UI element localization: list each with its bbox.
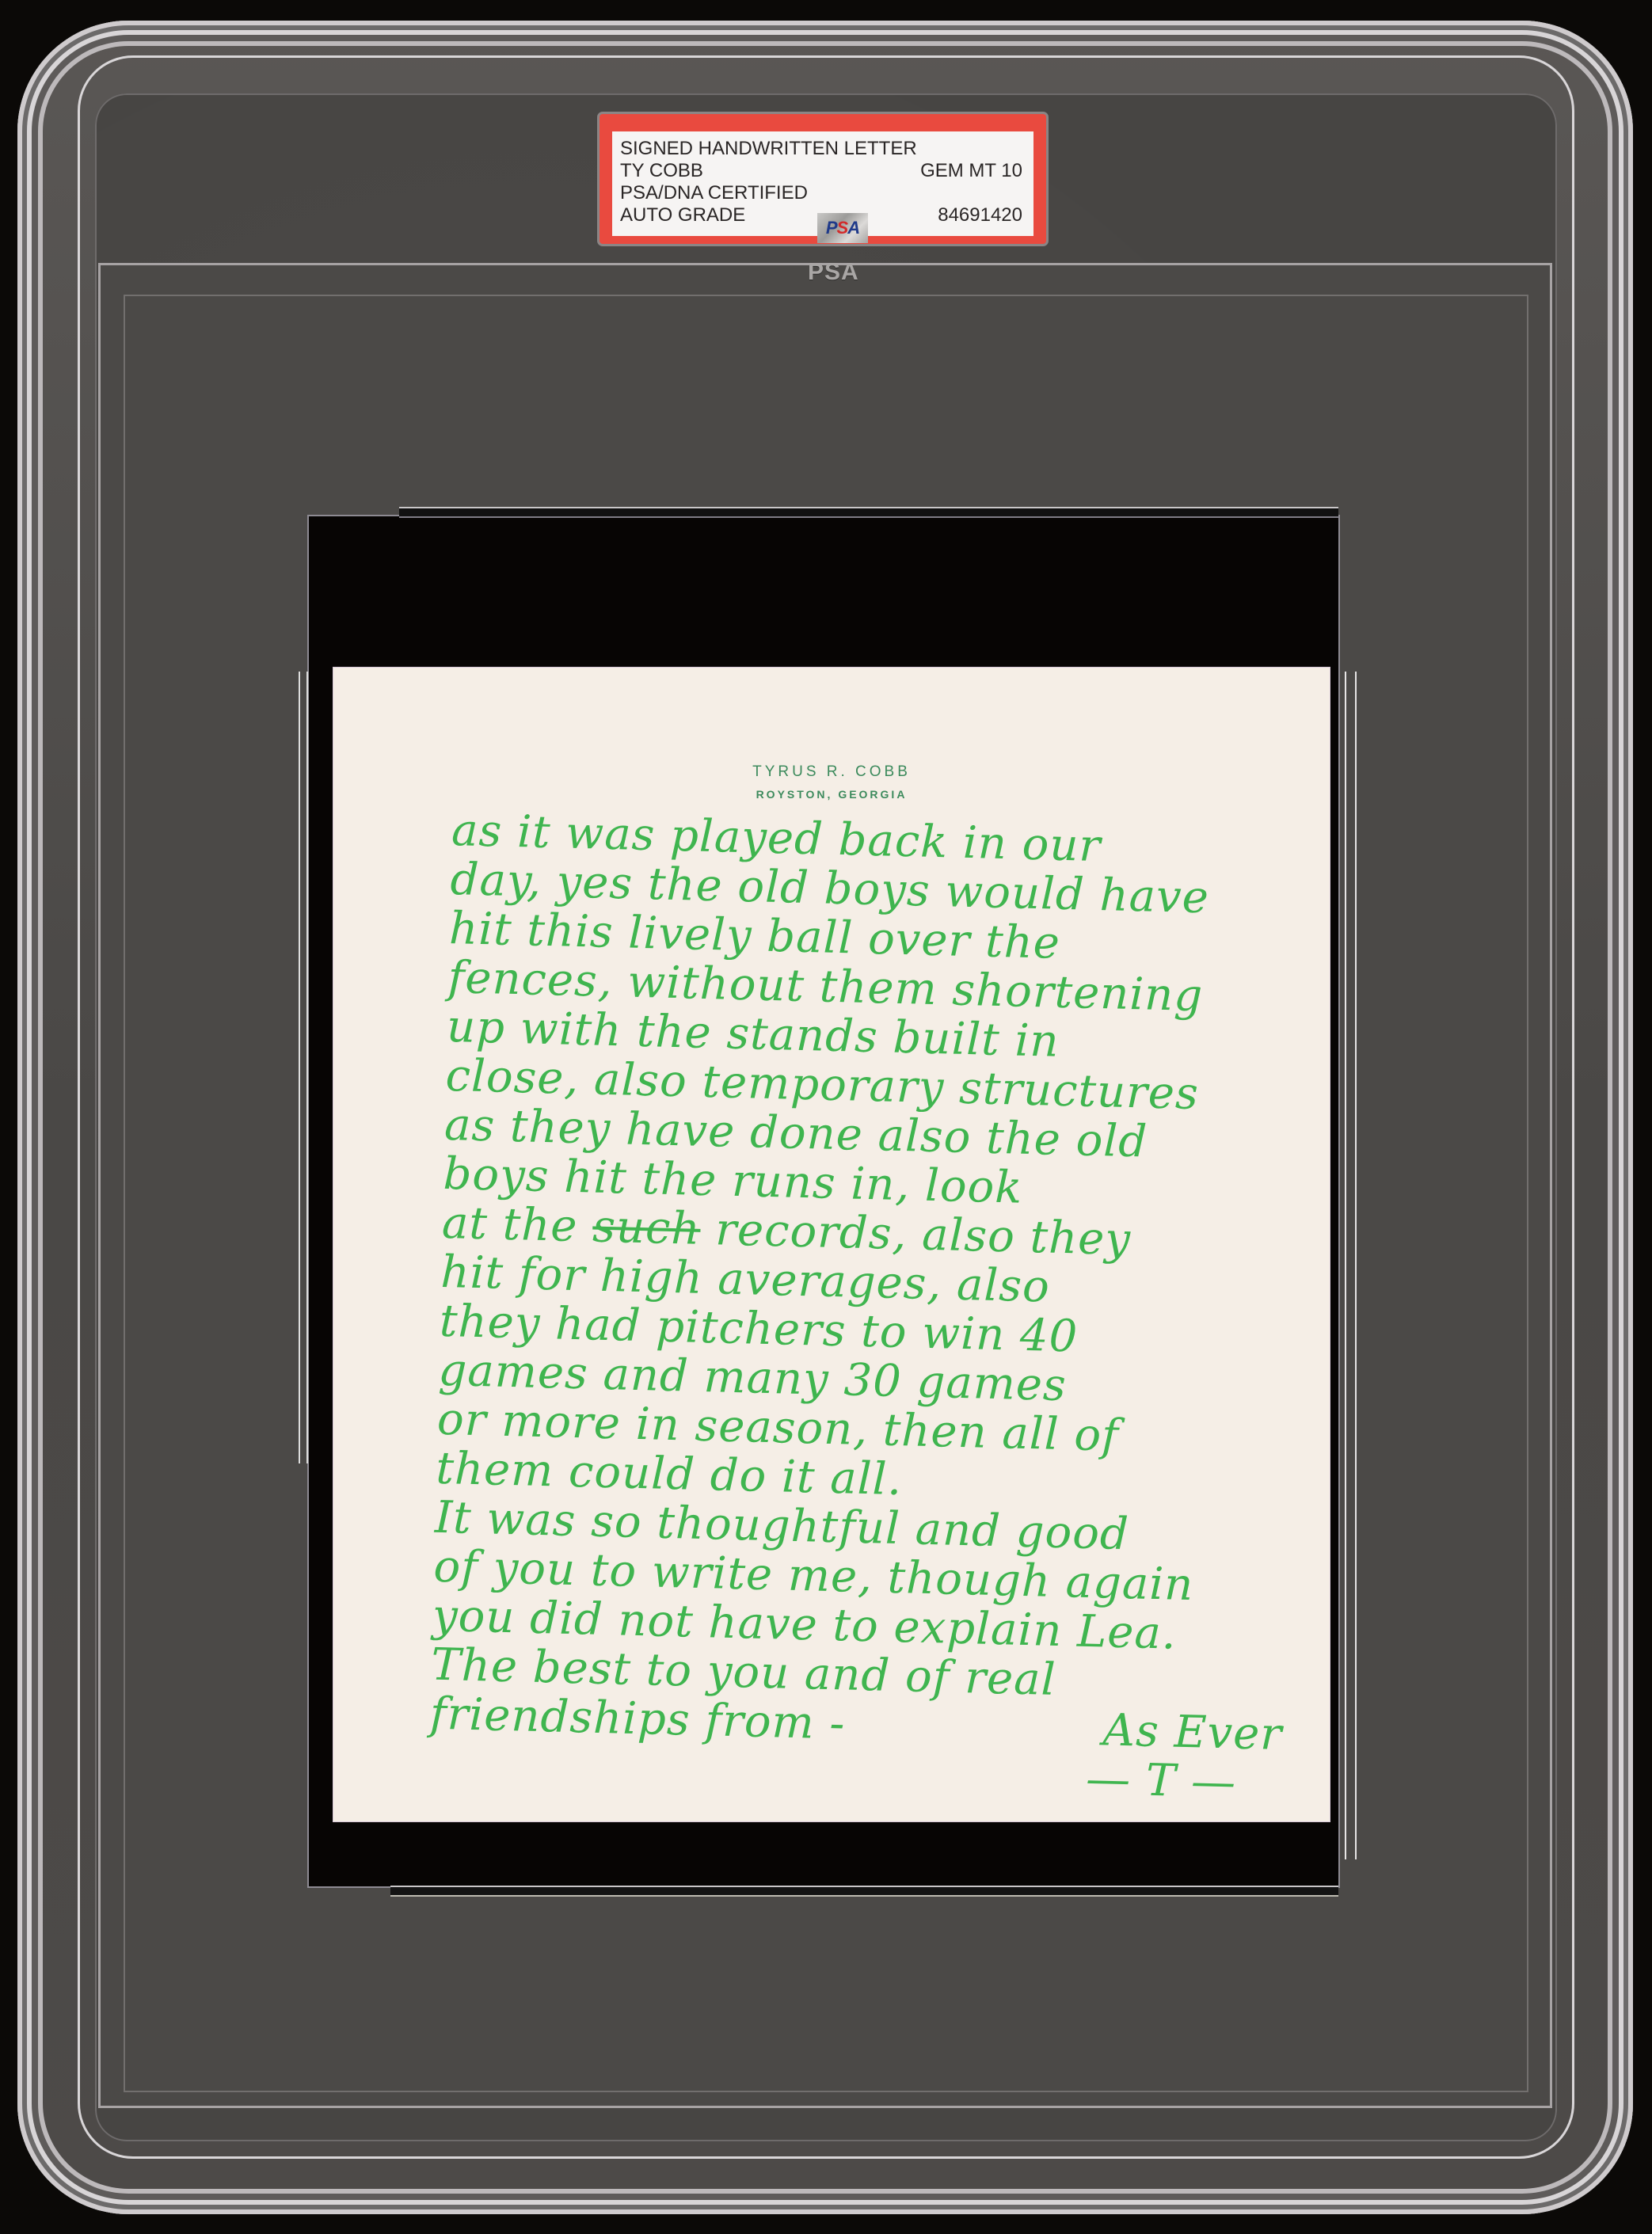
grade-label-inner: SIGNED HANDWRITTEN LETTER TY COBB GEM MT… — [612, 131, 1033, 236]
grade-label: SIGNED HANDWRITTEN LETTER TY COBB GEM MT… — [600, 114, 1046, 244]
letter-body: as it was played back in our day, yes th… — [428, 806, 1284, 1808]
subject-name: TY COBB — [620, 160, 703, 182]
label-row-1: SIGNED HANDWRITTEN LETTER — [620, 138, 1022, 160]
letter-line-prefix: at the — [441, 1197, 578, 1252]
item-description: SIGNED HANDWRITTEN LETTER — [620, 138, 917, 160]
mat-left-clip — [299, 672, 308, 1463]
psa-emboss-logo: PSA — [808, 259, 859, 286]
grade-type: AUTO GRADE — [620, 204, 745, 226]
mat-bottom-rail — [390, 1886, 1338, 1897]
grade-value: GEM MT 10 — [920, 160, 1022, 182]
mat-top-rail — [399, 507, 1338, 518]
letter-closing: As Ever — [1102, 1706, 1283, 1760]
signature: — T — — [1085, 1755, 1236, 1808]
struck-word: such — [592, 1201, 702, 1255]
label-row-2: TY COBB GEM MT 10 — [620, 160, 1022, 182]
mat-right-clip — [1345, 672, 1357, 1859]
label-row-3: PSA/DNA CERTIFIED — [620, 182, 1022, 204]
certification-text: PSA/DNA CERTIFIED — [620, 182, 808, 204]
handwritten-letter: TYRUS R. COBB ROYSTON, GEORGIA as it was… — [333, 668, 1330, 1821]
letterhead: TYRUS R. COBB ROYSTON, GEORGIA — [333, 761, 1330, 805]
letterhead-place: ROYSTON, GEORGIA — [333, 783, 1330, 805]
letterhead-name: TYRUS R. COBB — [333, 761, 1330, 783]
certification-number: 84691420 — [938, 204, 1022, 226]
psa-hologram-icon: PSA — [817, 213, 868, 243]
